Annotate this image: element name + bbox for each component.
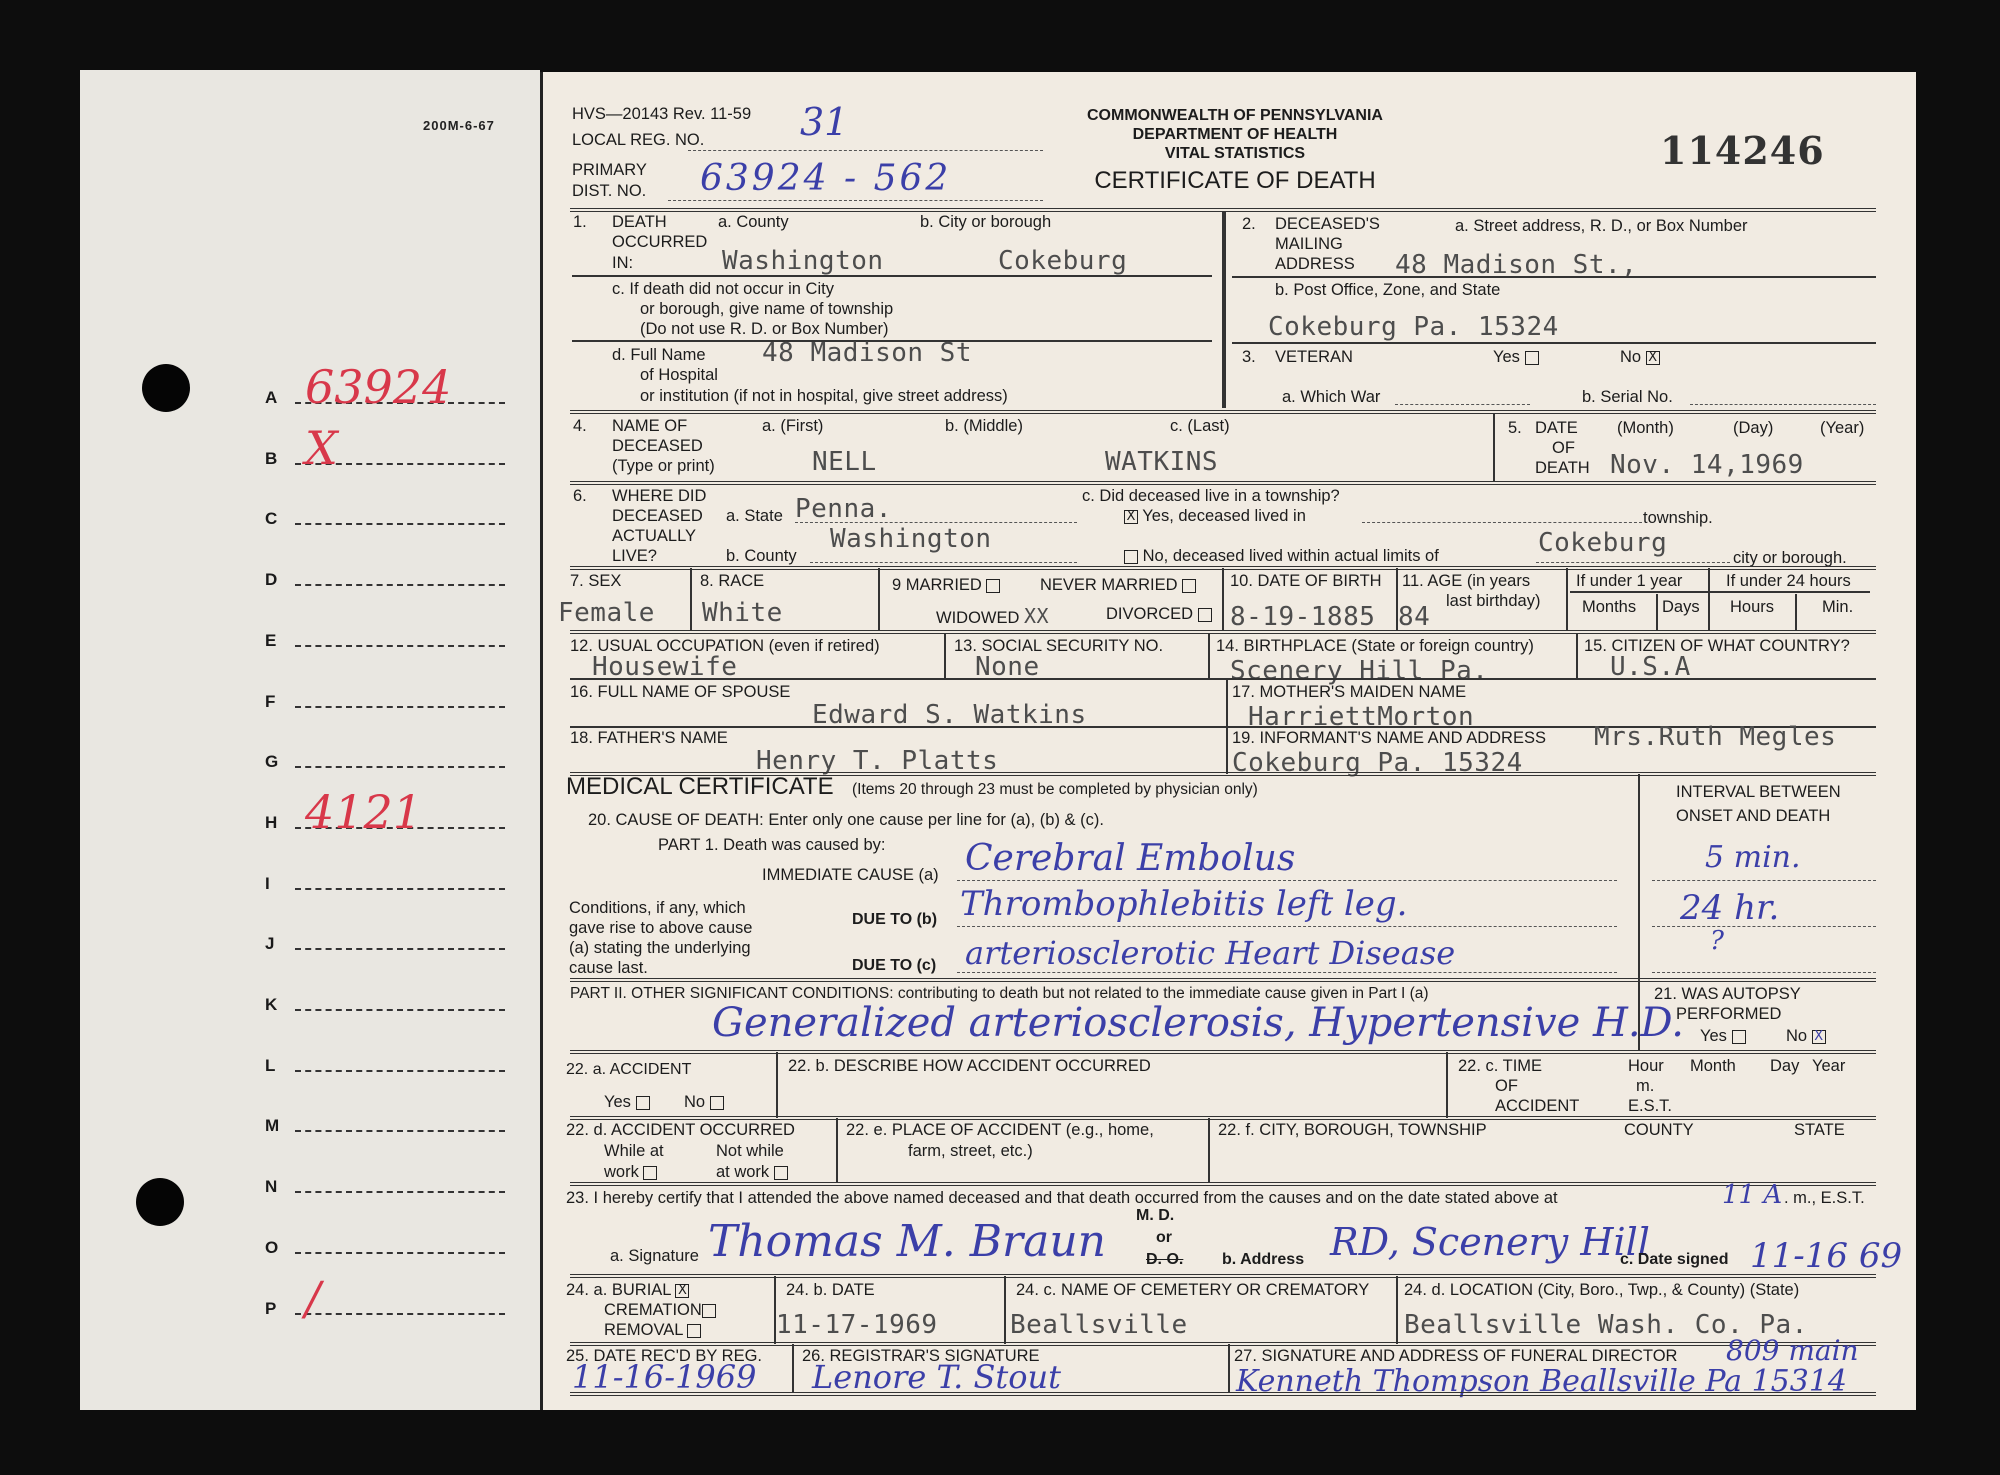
item5-label-2: OF [1552,438,1575,459]
accident-yes-label: Yes [604,1093,631,1111]
certificate-number: 114246 [1660,128,1825,173]
days-label: Days [1662,597,1700,618]
local-reg-line [688,150,1043,151]
rule [1004,1276,1006,1344]
item2-label-1: DECEASED'S [1275,214,1380,235]
stub-letter: C [265,509,277,529]
veteran-label: VETERAN [1275,347,1353,368]
agency-line1: COMMONWEALTH OF PENNSYLVANIA [1020,106,1450,125]
date-signed-value: 11-16 69 [1750,1236,1902,1276]
part2-value: Generalized arteriosclerosis, Hypertensi… [712,1000,1684,1046]
stub-row-c: C [265,499,505,529]
months-label: Months [1582,597,1636,618]
rule [572,275,1212,277]
stub-row-p: P/ [265,1289,505,1319]
interval-label-2: ONSET AND DEATH [1676,806,1830,827]
not-while-work-label-1: Not while [716,1141,784,1162]
rule [690,568,692,630]
stub-line [295,1313,505,1315]
last-name-value: WATKINS [1105,447,1218,477]
township-yes-label: Yes, deceased lived in [1142,507,1306,525]
rule [776,1052,778,1118]
first-name-label: a. (First) [762,416,823,437]
cause-of-death-label: 20. CAUSE OF DEATH: Enter only one cause… [588,810,1104,831]
stub-line [295,584,505,586]
stub-value: 63924 [305,364,451,410]
serial-label: b. Serial No. [1582,387,1673,408]
stub-row-j: J [265,924,505,954]
divorced-row[interactable]: DIVORCED [1106,604,1212,625]
rule [570,630,1876,634]
stub-row-d: D [265,560,505,590]
accident-year-label: Year [1812,1056,1845,1077]
dist-label: DIST. NO. [572,181,646,202]
punch-hole-bottom [136,1178,184,1226]
medical-certificate-title: MEDICAL CERTIFICATE [566,772,834,802]
hours-label: Hours [1730,597,1774,618]
accident-est-label: E.S.T. [1628,1096,1672,1117]
hospital-label-2: of Hospital [640,365,718,386]
married-label: 9 MARRIED [892,576,982,594]
interval-c-value: ? [1710,926,1724,956]
min-label: Min. [1822,597,1853,618]
accident-describe-label: 22. b. DESCRIBE HOW ACCIDENT OCCURRED [788,1056,1151,1077]
rule [1656,594,1658,630]
item1-label-3: IN: [612,253,633,274]
veteran-no[interactable]: No X [1620,347,1660,368]
item5-label-3: DEATH [1535,458,1590,479]
rule [1493,414,1495,482]
part1-label: PART 1. Death was caused by: [658,835,885,856]
rule [570,1274,1876,1278]
local-reg-value: 31 [800,100,848,144]
rule [570,410,1876,414]
township-note-3: (Do not use R. D. or Box Number) [640,319,889,340]
middle-name-label: b. (Middle) [945,416,1023,437]
sex-value: Female [558,598,655,628]
stub-letter: I [265,874,270,894]
item3-number: 3. [1242,347,1256,368]
informant-name: Mrs.Ruth Megles [1594,722,1836,752]
removal-row[interactable]: REMOVAL [604,1320,701,1341]
item5-number: 5. [1508,418,1522,439]
accident-day-label: Day [1770,1056,1799,1077]
rule [1396,1276,1398,1344]
interval-label-1: INTERVAL BETWEEN [1676,782,1841,803]
married-row[interactable]: 9 MARRIED [892,575,1000,596]
date-of-death-value: Nov. 14,1969 [1610,450,1804,480]
stub-letter: F [265,692,275,712]
age-value: 84 [1398,602,1430,632]
stub-row-h: H4121 [265,803,505,833]
township-note-1: c. If death did not occur in City [612,279,834,300]
stub-row-e: E [265,621,505,651]
residence-state-value: Penna. [795,494,892,524]
stub-letter: G [265,752,278,772]
which-war-label: a. Which War [1282,387,1380,408]
veteran-yes-checkbox[interactable] [1525,351,1539,365]
mother-label: 17. MOTHER'S MAIDEN NAME [1232,682,1466,703]
while-at-work-label-2: work [604,1163,639,1181]
death-city-label: b. City or borough [920,212,1051,233]
item4-number: 4. [573,416,587,437]
age-label-1: 11. AGE (in years [1402,571,1530,592]
not-while-work-label-2: at work [716,1163,769,1181]
rule [570,978,1876,982]
death-county-value: Washington [722,246,884,276]
stub-letter: N [265,1177,277,1197]
age-label-2: last birthday) [1446,591,1540,612]
cause-a-line [957,880,1617,881]
death-county-label: a. County [718,212,789,233]
do-label: D. O. [1146,1250,1183,1269]
local-reg-label: LOCAL REG. NO. [572,130,704,151]
item2-number: 2. [1242,214,1256,235]
rule [570,1182,1876,1186]
page-title: CERTIFICATE OF DEATH [1020,166,1450,196]
last-name-label: c. (Last) [1170,416,1230,437]
interval-c-line [1652,972,1876,973]
autopsy-no-checkbox[interactable]: X [1812,1030,1826,1044]
while-at-work-row[interactable]: work [604,1162,657,1183]
stub-row-k: K [265,985,505,1015]
day-label: (Day) [1733,418,1773,439]
accident-no-checkbox[interactable] [710,1096,724,1110]
rule [1232,342,1876,344]
limits-value: Cokeburg [1538,528,1667,558]
item1-label: DEATH [612,212,667,233]
rule [570,481,1876,485]
rule [1708,568,1710,630]
birthplace-label: 14. BIRTHPLACE (State or foreign country… [1216,636,1534,657]
cause-b-line [957,926,1617,927]
accident-county-label: COUNTY [1624,1120,1694,1141]
year-label: (Year) [1820,418,1864,439]
residence-county-value: Washington [830,524,992,554]
physician-address-value: RD, Scenery Hill [1330,1220,1650,1264]
burial-date-label: 24. b. DATE [786,1280,875,1301]
stub-value: 4121 [305,789,422,835]
accident-month-label: Month [1690,1056,1736,1077]
cause-c-value: arteriosclerotic Heart Disease [965,934,1455,972]
immediate-cause-label: IMMEDIATE CAUSE (a) [762,865,939,886]
stub-row-a: A63924 [265,378,505,408]
veteran-no-label: No [1620,348,1641,366]
section-divider [1222,212,1226,408]
stub-letter: B [265,449,277,469]
certification-time-value: 11 A [1722,1180,1782,1210]
interval-a-value: 5 min. [1705,840,1801,875]
stub-line [295,1009,505,1011]
accident-time-label-2: OF [1495,1076,1518,1097]
accident-no-row[interactable]: No [684,1092,724,1113]
agency-line2: DEPARTMENT OF HEALTH [1020,125,1450,144]
removal-label: REMOVAL [604,1321,683,1339]
township-line [1362,522,1642,523]
removal-checkbox[interactable] [687,1324,701,1338]
stub-letter: H [265,813,277,833]
stub-row-g: G [265,742,505,772]
not-while-work-checkbox[interactable] [774,1166,788,1180]
stub-row-m: M [265,1106,505,1136]
rule [1228,1344,1230,1392]
medical-certificate-note: (Items 20 through 23 must be completed b… [852,780,1258,799]
stub-letter: M [265,1116,279,1136]
rule [792,1344,794,1392]
physician-signature-label: a. Signature [610,1246,699,1267]
item6-label-4: LIVE? [612,546,657,567]
rule [570,1050,1876,1054]
stub-value: X [305,425,338,471]
stub-letter: L [265,1056,275,1076]
autopsy-label-1: 21. WAS AUTOPSY [1654,984,1801,1005]
place-of-accident-label-2: farm, street, etc.) [908,1141,1033,1162]
stub-line [295,706,505,708]
hospital-label-3: or institution (if not in hospital, give… [640,386,1008,407]
township-no-row[interactable]: No, deceased lived within actual limits … [1124,546,1439,567]
cause-a-value: Cerebral Embolus [965,838,1295,879]
rule [570,678,1876,680]
father-label: 18. FATHER'S NAME [570,728,728,749]
cause-c-line [957,972,1617,973]
stub-row-n: N [265,1167,505,1197]
burial-label: 24. a. BURIAL [566,1281,671,1299]
rule [1446,1052,1448,1118]
stub-line [295,1252,505,1254]
certification-time-suffix: . m., E.S.T. [1784,1188,1865,1209]
township-note-2: or borough, give name of township [640,299,893,320]
md-label: M. D. [1136,1206,1174,1225]
spouse-label: 16. FULL NAME OF SPOUSE [570,682,790,703]
funeral-director-address: 809 main [1726,1334,1859,1367]
never-married-label: NEVER MARRIED [1040,576,1178,594]
veteran-yes-label: Yes [1493,348,1520,366]
post-office-label: b. Post Office, Zone, and State [1275,280,1500,301]
conditions-note-2: gave rise to above cause [569,918,752,939]
stub-letter: A [265,388,277,408]
or-label: or [1156,1228,1172,1247]
stub-row-i: I [265,864,505,894]
accident-time-label-1: 22. c. TIME [1458,1056,1542,1077]
widowed-row[interactable]: WIDOWED XX [936,604,1049,629]
stub-letter: K [265,995,277,1015]
stub-line [295,948,505,950]
rule [1576,634,1578,678]
date-signed-label: c. Date signed [1620,1250,1728,1269]
due-to-c-label: DUE TO (c) [852,956,936,975]
item2-label-3: ADDRESS [1275,254,1355,275]
stub-row-f: F [265,682,505,712]
hospital-label-1: d. Full Name [612,345,706,366]
accident-state-label: STATE [1794,1120,1845,1141]
street-label: a. Street address, R. D., or Box Number [1455,216,1748,237]
conditions-note-3: (a) stating the underlying [569,938,751,959]
autopsy-yes-label: Yes [1700,1027,1727,1045]
rule [1208,1118,1210,1182]
township-no-label: No, deceased lived within actual limits … [1143,547,1439,565]
post-office-value: Cokeburg Pa. 15324 [1268,312,1559,342]
form-id: HVS—20143 Rev. 11-59 [572,104,751,125]
rule [1566,568,1568,630]
conditions-note-4: cause last. [569,958,648,979]
residence-state-label: a. State [726,506,783,527]
stub-line [295,1130,505,1132]
township-yes-row[interactable]: X Yes, deceased lived in [1124,506,1306,527]
rule [836,1118,838,1182]
autopsy-no-label: No [1786,1027,1807,1045]
stub-line [295,1191,505,1193]
not-while-work-row[interactable]: at work [716,1162,788,1183]
due-to-b-label: DUE TO (b) [852,910,937,929]
agency-block: COMMONWEALTH OF PENNSYLVANIA DEPARTMENT … [1020,106,1450,196]
burial-checkbox[interactable]: X [675,1284,689,1298]
under-24-label: If under 24 hours [1726,571,1851,592]
cremation-row[interactable]: CREMATION [604,1300,716,1321]
item4-label-2: DECEASED [612,436,703,457]
while-at-work-checkbox[interactable] [643,1166,657,1180]
stub-line [295,888,505,890]
primary-label: PRIMARY [572,160,647,181]
accident-city-label: 22. f. CITY, BOROUGH, TOWNSHIP [1218,1120,1487,1141]
certification-text: 23. I hereby certify that I attended the… [566,1188,1558,1209]
item1-label-2: OCCURRED [612,232,707,253]
divorced-label: DIVORCED [1106,605,1193,623]
physician-address-label: b. Address [1222,1250,1304,1269]
accident-label: 22. a. ACCIDENT [566,1060,691,1079]
stub-letter: P [265,1299,276,1319]
item5-label-1: DATE [1535,418,1578,439]
township-yes-checkbox[interactable]: X [1124,510,1138,524]
rule [878,568,880,630]
autopsy-label-2: PERFORMED [1676,1004,1781,1025]
burial-row[interactable]: 24. a. BURIAL X [566,1280,689,1301]
cremation-label: CREMATION [604,1301,702,1319]
under-year-label: If under 1 year [1576,571,1682,592]
accident-m-label: m. [1636,1076,1654,1097]
interval-b-value: 24 hr. [1680,888,1779,928]
rule [570,1342,1876,1346]
which-war-line [1395,404,1530,405]
cemetery-location-label: 24. d. LOCATION (City, Boro., Twp., & Co… [1404,1280,1799,1301]
township-no-checkbox[interactable] [1124,550,1138,564]
township-suffix: township. [1643,508,1713,529]
autopsy-yes-row[interactable]: Yes [1700,1026,1746,1047]
record-stub: 200M-6-67 [80,70,540,1410]
stub-row-o: O [265,1228,505,1258]
item6-label-2: DECEASED [612,506,703,527]
physician-signature: Thomas M. Braun [708,1216,1106,1267]
township-question: c. Did deceased live in a township? [1082,486,1340,507]
cemetery-value: Beallsville [1010,1310,1188,1340]
burial-date-value: 11-17-1969 [776,1310,938,1340]
dist-line [668,200,1043,201]
item2-label-2: MAILING [1275,234,1343,255]
divorced-checkbox[interactable] [1198,608,1212,622]
stub-letter: D [265,570,277,590]
informant-label: 19. INFORMANT'S NAME AND ADDRESS [1232,728,1546,749]
month-label: (Month) [1617,418,1674,439]
item4-label-1: NAME OF [612,416,687,437]
conditions-note-1: Conditions, if any, which [569,898,746,919]
stub-form-code: 200M-6-67 [423,118,495,133]
widowed-label: WIDOWED [936,609,1019,627]
stub-letter: O [265,1238,278,1258]
autopsy-no-row[interactable]: No X [1786,1026,1826,1047]
rule [1208,634,1210,678]
cause-b-value: Thrombophlebitis left leg. [960,884,1407,924]
race-value: White [702,598,783,628]
punch-hole-top [142,364,190,412]
accident-time-label-3: ACCIDENT [1495,1096,1579,1117]
agency-line3: VITAL STATISTICS [1020,144,1450,163]
stub-row-l: L [265,1046,505,1076]
item1-number: 1. [573,212,587,233]
autopsy-yes-checkbox[interactable] [1732,1030,1746,1044]
race-label: 8. RACE [700,571,764,592]
veteran-no-checkbox[interactable]: X [1646,351,1660,365]
married-checkbox[interactable] [986,579,1000,593]
rule [1795,594,1797,630]
residence-county-label: b. County [726,546,797,567]
rule [570,1392,1876,1396]
date-received-value: 11-16-1969 [572,1358,757,1396]
while-at-work-label-1: While at [604,1141,664,1162]
place-of-accident-label-1: 22. e. PLACE OF ACCIDENT (e.g., home, [846,1120,1154,1141]
cremation-checkbox[interactable] [702,1304,716,1318]
accident-hour-label: Hour [1628,1056,1664,1077]
birth-date-value: 8-19-1885 [1230,602,1375,632]
stub-value: / [305,1275,321,1321]
hospital-value: 48 Madison St [762,338,972,368]
cemetery-label: 24. c. NAME OF CEMETERY OR CREMATORY [1016,1280,1369,1301]
never-married-checkbox[interactable] [1182,579,1196,593]
rule [1232,276,1876,278]
stub-line [295,645,505,647]
dist-value: 63924 - 562 [700,158,951,199]
accident-yes-row[interactable]: Yes [604,1092,650,1113]
stub-line [295,523,505,525]
serial-line [1690,404,1876,405]
stub-letter: J [265,934,274,954]
accident-no-label: No [684,1093,705,1111]
stub-line [295,1070,505,1072]
item6-number: 6. [573,486,587,507]
interval-a-line [1652,880,1876,881]
birth-date-label: 10. DATE OF BIRTH [1230,571,1382,592]
first-name-value: NELL [812,447,877,477]
item6-label-1: WHERE DID [612,486,706,507]
sex-label: 7. SEX [570,571,621,592]
death-city-value: Cokeburg [998,246,1127,276]
limits-line [1536,562,1730,563]
registrar-signature: Lenore T. Stout [812,1358,1061,1396]
stub-letter: E [265,631,276,651]
rule [944,634,946,678]
stub-line [295,766,505,768]
stub-row-b: BX [265,439,505,469]
never-married-row[interactable]: NEVER MARRIED [1040,575,1196,596]
item4-label-3: (Type or print) [612,456,715,477]
veteran-yes[interactable]: Yes [1493,347,1539,368]
rule [1222,568,1224,630]
accident-yes-checkbox[interactable] [636,1096,650,1110]
item6-label-3: ACTUALLY [612,526,696,547]
widowed-mark[interactable]: XX [1024,604,1049,628]
county-line [810,562,1077,563]
accident-occurred-label: 22. d. ACCIDENT OCCURRED [566,1120,795,1141]
